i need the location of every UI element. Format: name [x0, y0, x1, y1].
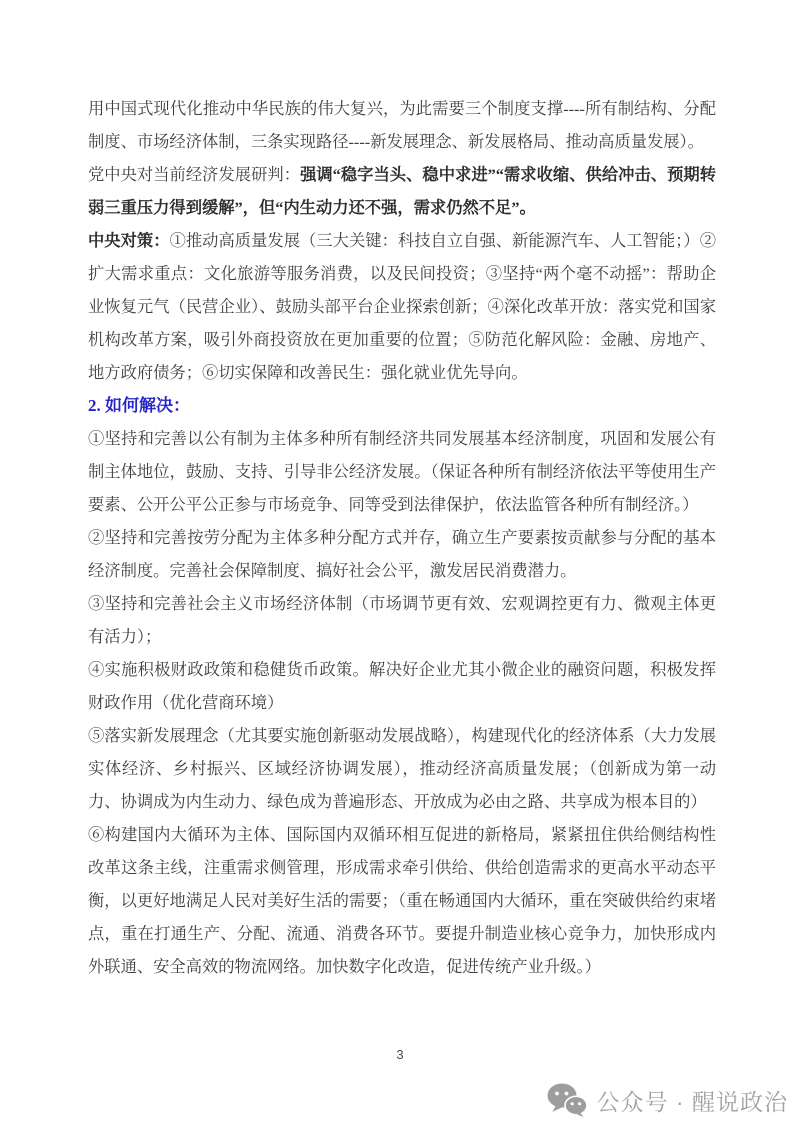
section-heading-text: 2. 如何解决：	[88, 396, 190, 415]
document-content: 用中国式现代化推动中华民族的伟大复兴，为此需要三个制度支撑----所有制结构、分…	[88, 92, 716, 983]
page-footer: 3	[0, 1046, 800, 1064]
paragraph-solution-5: ⑤落实新发展理念（尤其要实施创新驱动发展战略），构建现代化的经济体系（大力发展实…	[88, 719, 716, 818]
paragraph-lead-bold: 中央对策：	[88, 231, 170, 250]
paragraph-solution-6: ⑥构建国内大循环为主体、国际国内双循环相互促进的新格局，紧紧扭住供给侧结构性改革…	[88, 818, 716, 983]
paragraph-text: ③坚持和完善社会主义市场经济体制（市场调节更有效、宏观调控更有力、微观主体更有活…	[88, 594, 716, 646]
paragraph-solution-3: ③坚持和完善社会主义市场经济体制（市场调节更有效、宏观调控更有力、微观主体更有活…	[88, 587, 716, 653]
paragraph-text: 党中央对当前经济发展研判：	[88, 165, 300, 184]
paragraph-solution-2: ②坚持和完善按劳分配为主体多种分配方式并存，确立生产要素按贡献参与分配的基本经济…	[88, 521, 716, 587]
paragraph-text: ①推动高质量发展（三大关键：科技自立自强、新能源汽车、人工智能；）②扩大需求重点…	[88, 231, 716, 382]
wechat-icon	[546, 1082, 588, 1118]
paragraph-text: ⑥构建国内大循环为主体、国际国内双循环相互促进的新格局，紧紧扭住供给侧结构性改革…	[88, 825, 716, 976]
paragraph-solution-4: ④实施积极财政政策和稳健货币政策。解决好企业尤其小微企业的融资问题，积极发挥财政…	[88, 653, 716, 719]
paragraph-text: 用中国式现代化推动中华民族的伟大复兴，为此需要三个制度支撑----所有制结构、分…	[88, 99, 716, 151]
paragraph-text: ①坚持和完善以公有制为主体多种所有制经济共同发展基本经济制度，巩固和发展公有制主…	[88, 429, 716, 514]
paragraph-intro: 用中国式现代化推动中华民族的伟大复兴，为此需要三个制度支撑----所有制结构、分…	[88, 92, 716, 158]
watermark-label: 公众号 · 醒说政治	[597, 1084, 788, 1117]
page-number: 3	[396, 1047, 403, 1062]
paragraph-central-measures: 中央对策：①推动高质量发展（三大关键：科技自立自强、新能源汽车、人工智能；）②扩…	[88, 224, 716, 389]
watermark: 公众号 · 醒说政治	[546, 1082, 788, 1118]
paragraph-text: ②坚持和完善按劳分配为主体多种分配方式并存，确立生产要素按贡献参与分配的基本经济…	[88, 528, 716, 580]
paragraph-text: ⑤落实新发展理念（尤其要实施创新驱动发展战略），构建现代化的经济体系（大力发展实…	[88, 726, 716, 811]
paragraph-text: ④实施积极财政政策和稳健货币政策。解决好企业尤其小微企业的融资问题，积极发挥财政…	[88, 660, 716, 712]
document-page: 用中国式现代化推动中华民族的伟大复兴，为此需要三个制度支撑----所有制结构、分…	[0, 0, 800, 1131]
paragraph-central-judgment: 党中央对当前经济发展研判：强调“稳字当头、稳中求进”“需求收缩、供给冲击、预期转…	[88, 158, 716, 224]
paragraph-solution-1: ①坚持和完善以公有制为主体多种所有制经济共同发展基本经济制度，巩固和发展公有制主…	[88, 422, 716, 521]
section-heading-how-to-solve: 2. 如何解决：	[88, 389, 716, 422]
